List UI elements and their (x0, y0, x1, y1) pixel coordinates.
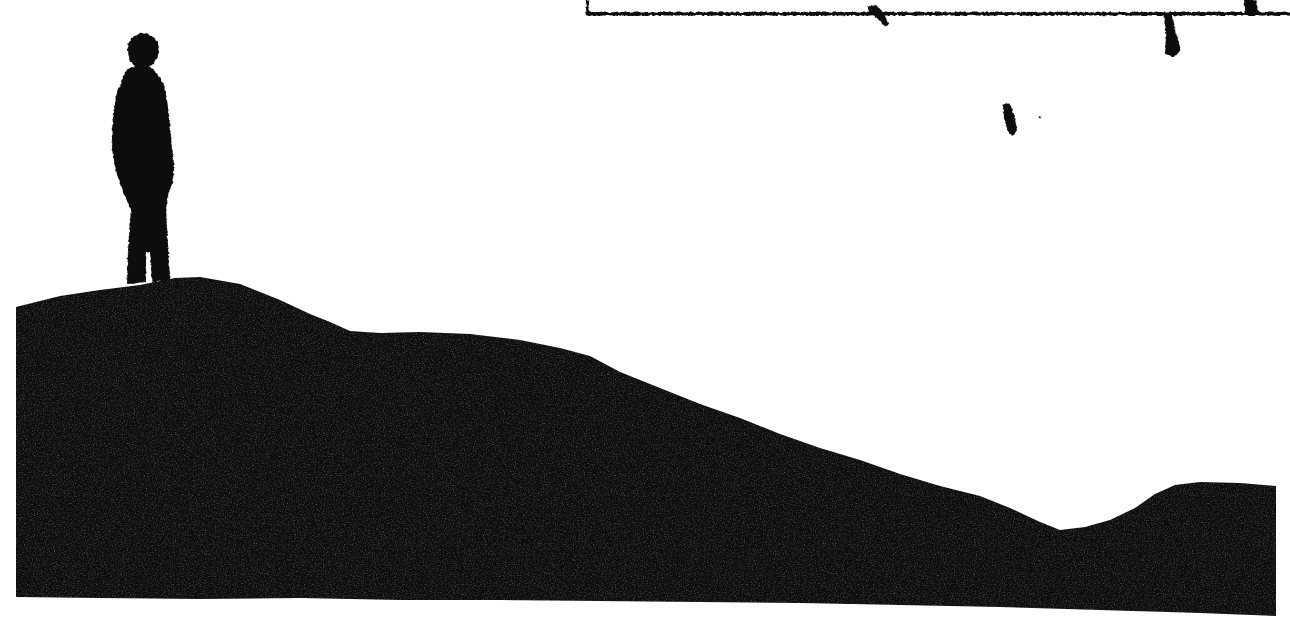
speck-dot (1039, 116, 1042, 119)
photograph (0, 0, 1290, 626)
